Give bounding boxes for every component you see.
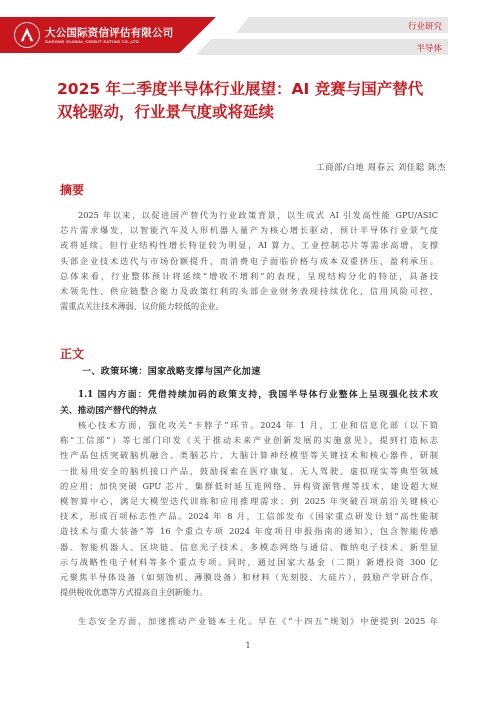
heading-line: 1.1 国内方面：凭借持续加码的政策支持，我国半导体行业整体上呈现强化技术攻 — [60, 387, 438, 403]
body-paragraph-core-tech: 核心技术方面，强化攻关“卡脖子”环节。2024 年 1 月，工业和信息化部（以下… — [60, 418, 438, 600]
authors: 工商部/白地 周春云 刘佳聪 陈杰 — [316, 161, 446, 173]
logo-glyph-icon — [18, 26, 36, 44]
report-header: 大公国际资信评估有限公司 DAGONG GLOBAL CREDIT RATING… — [0, 0, 496, 62]
text-line: 模智算中心，满足大模型迭代训练和应用推理需求；到 2025 年突破百项前沿关键核… — [60, 494, 438, 509]
text-line: 称“工信部”）等七部门印发《关于推动未来产业创新发展的实施意见》，提到打造标志 — [60, 433, 438, 448]
text-line: 总体来看，行业整体预计将延续“增收不增利”的表现，呈现结构分化的特征，具备技 — [60, 269, 438, 284]
industry-bar — [196, 39, 448, 55]
company-name-en: DAGONG GLOBAL CREDIT RATING CO.,LTD — [45, 40, 139, 44]
text-line: 的应用；加快突破 GPU 芯片、集群低时延互连网络、异构资源管理等技术，建设超大… — [60, 479, 438, 494]
text-line: 2025 年以来，以促进国产替代为行业政策背景，以生成式 AI 引发高性能 GP… — [60, 208, 438, 223]
dagong-logo-icon — [14, 22, 40, 48]
text-line: 造技术与重大装备”等 16 个重点专项 2024 年度项目申报指南的通知》，包含… — [60, 524, 438, 539]
abstract-paragraph: 2025 年以来，以促进国产替代为行业政策背景，以生成式 AI 引发高性能 GP… — [60, 208, 438, 314]
report-type-tag: 行业研究 — [408, 20, 442, 32]
heading-line: 关、推动国产替代的特点 — [60, 403, 438, 419]
text-line: 生态安全方面，加速推动产业链本土化。早在《“十四五”规划》中便提到 2025 年 — [60, 614, 438, 629]
text-line: 头部企业技术迭代与市场份额提升，而消费电子面临价格与成本双重挤压，盈利承压。 — [60, 254, 438, 269]
text-line: 或将延续。但行业结构性增长特征较为明显，AI 算力、工业控制芯片等需求高增，支撑 — [60, 238, 438, 253]
body-heading: 正文 — [60, 345, 84, 362]
text-line: 性产品包括突破脑机融合、类脑芯片、大脑计算神经模型等关键技术和核心器件，研制 — [60, 448, 438, 463]
text-line: 器、智能机器人、区块链、信息光子技术、多模态网络与通信、微纳电子技术、新型显 — [60, 540, 438, 555]
title-line: 2025 年二季度半导体行业展望：AI 竞赛与国产替代 — [57, 78, 447, 101]
text-line: 术领先性、供应链整合能力及政策红利的头部企业财务表现持续优化，信用风险可控， — [60, 284, 438, 299]
company-name-cn: 大公国际资信评估有限公司 — [45, 25, 173, 40]
page-number: 1 — [0, 641, 496, 650]
text-line: 技术，形成百项标志性产品。2024 年 8 月，工信部发布《国家重点研发计划“高… — [60, 509, 438, 524]
subsection-1-1-title: 1.1 国内方面：凭借持续加码的政策支持，我国半导体行业整体上呈现强化技术攻 关… — [60, 387, 438, 419]
text-line: 示与战略性电子材料等多个重点专项。同时，通过国家大基金（二期）新增投资 300 … — [60, 555, 438, 570]
text-line: 元聚焦半导体设备（如刻蚀机、薄膜设备）和材料（光刻胶、大硅片），鼓励产学研合作， — [60, 570, 438, 585]
text-line: 提供税收优惠等方式提高自主创新能力。 — [60, 585, 438, 600]
text-line: 一批易用安全的脑机接口产品，鼓励探索在医疗康复、无人驾驶、虚拟现实等典型领域 — [60, 464, 438, 479]
abstract-heading: 摘要 — [60, 181, 84, 198]
text-line: 需重点关注技术薄弱、议价能力较低的企业。 — [60, 299, 438, 314]
text-line: 芯片需求爆发，以智能汽车及人形机器人量产为核心增长驱动，预计半导体行业景气度 — [60, 223, 438, 238]
body-paragraph-eco-security: 生态安全方面，加速推动产业链本土化。早在《“十四五”规划》中便提到 2025 年 — [60, 614, 438, 629]
section-1-title: 一、政策环境：国家战略支撑与国产化加速 — [82, 364, 261, 377]
text-line: 核心技术方面，强化攻关“卡脖子”环节。2024 年 1 月，工业和信息化部（以下… — [60, 418, 438, 433]
industry-tag: 半导体 — [416, 42, 442, 54]
report-title: 2025 年二季度半导体行业展望：AI 竞赛与国产替代 双轮驱动，行业景气度或将… — [57, 78, 447, 124]
title-line: 双轮驱动，行业景气度或将延续 — [57, 101, 447, 124]
